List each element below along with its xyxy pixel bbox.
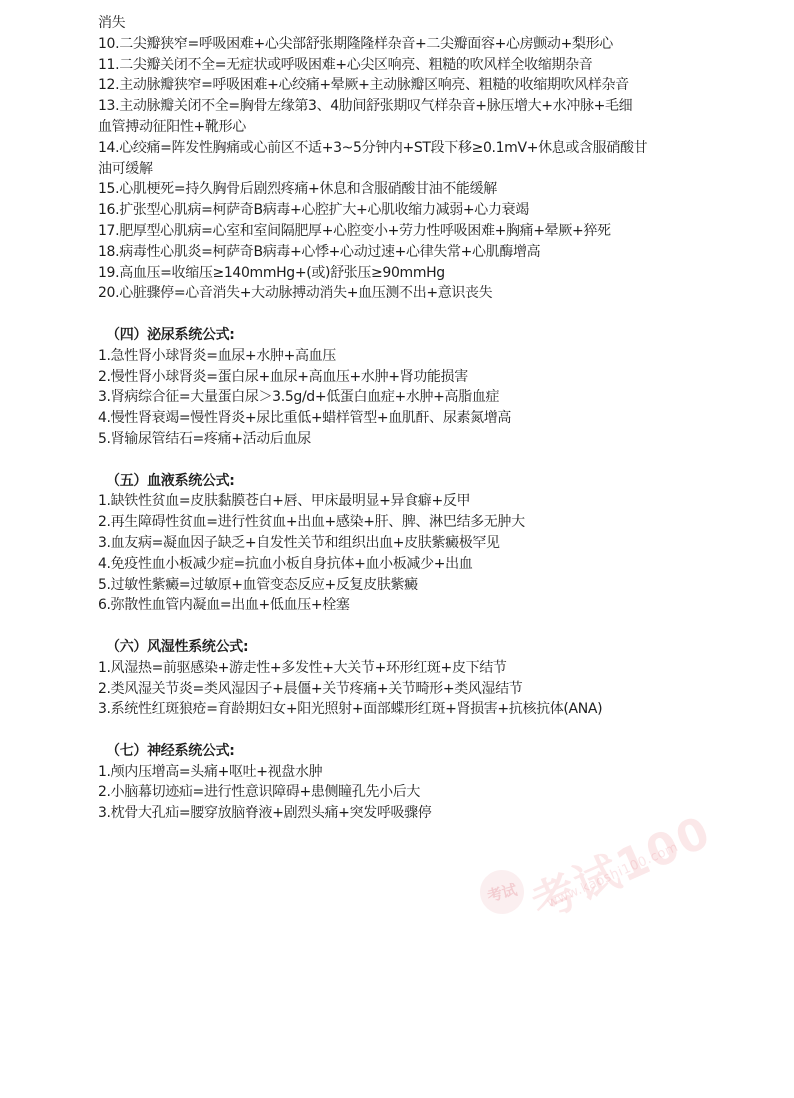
list-item: 2.小脑幕切迹疝=进行性意识障碍+患侧瞳孔先小后大 xyxy=(98,782,718,803)
list-item: 3.肾病综合征=大量蛋白尿＞3.5g/d+低蛋白血症+水肿+高脂血症 xyxy=(98,387,718,408)
list-item: 16.扩张型心肌病=柯萨奇B病毒+心腔扩大+心肌收缩力减弱+心力衰竭 xyxy=(98,200,718,221)
watermark-url: www.kaoshi100.com xyxy=(545,840,681,911)
section-nervous: （七）神经系统公式: 1.颅内压增高=头痛+呕吐+视盘水肿 2.小脑幕切迹疝=进… xyxy=(98,741,718,824)
list-item: 1.急性肾小球肾炎=血尿+水肿+高血压 xyxy=(98,346,718,367)
cardio-formula-list: 10.二尖瓣狭窄=呼吸困难+心尖部舒张期隆隆样杂音+二尖瓣面容+心房颤动+梨形心… xyxy=(98,34,718,304)
section-blood: （五）血液系统公式: 1.缺铁性贫血=皮肤黏膜苍白+唇、甲床最明显+异食癖+反甲… xyxy=(98,471,718,617)
list-item: 1.缺铁性贫血=皮肤黏膜苍白+唇、甲床最明显+异食癖+反甲 xyxy=(98,491,718,512)
list-item-continuation: 油可缓解 xyxy=(98,159,718,180)
list-item: 18.病毒性心肌炎=柯萨奇B病毒+心悸+心动过速+心律失常+心肌酶增高 xyxy=(98,242,718,263)
list-item: 5.过敏性紫癜=过敏原+血管变态反应+反复皮肤紫癜 xyxy=(98,575,718,596)
section-heading: （七）神经系统公式: xyxy=(98,741,718,762)
list-item: 1.颅内压增高=头痛+呕吐+视盘水肿 xyxy=(98,762,718,783)
list-item: 2.慢性肾小球肾炎=蛋白尿+血尿+高血压+水肿+肾功能损害 xyxy=(98,367,718,388)
document-page: 消失 10.二尖瓣狭窄=呼吸困难+心尖部舒张期隆隆样杂音+二尖瓣面容+心房颤动+… xyxy=(98,13,718,824)
list-item: 3.血友病=凝血因子缺乏+自发性关节和组织出血+皮肤紫癜极罕见 xyxy=(98,533,718,554)
section-heading: （四）泌尿系统公式: xyxy=(98,325,718,346)
list-item: 2.再生障碍性贫血=进行性贫血+出血+感染+肝、脾、淋巴结多无肿大 xyxy=(98,512,718,533)
section-urinary: （四）泌尿系统公式: 1.急性肾小球肾炎=血尿+水肿+高血压 2.慢性肾小球肾炎… xyxy=(98,325,718,450)
list-item: 4.慢性肾衰竭=慢性肾炎+尿比重低+蜡样管型+血肌酐、尿素氮增高 xyxy=(98,408,718,429)
list-item: 15.心肌梗死=持久胸骨后剧烈疼痛+休息和含服硝酸甘油不能缓解 xyxy=(98,179,718,200)
section-heading: （六）风湿性系统公式: xyxy=(98,637,718,658)
list-item: 17.肥厚型心肌病=心室和室间隔肥厚+心腔变小+劳力性呼吸困难+胸痛+晕厥+猝死 xyxy=(98,221,718,242)
section-rheumatic: （六）风湿性系统公式: 1.风湿热=前驱感染+游走性+多发性+大关节+环形红斑+… xyxy=(98,637,718,720)
list-item: 1.风湿热=前驱感染+游走性+多发性+大关节+环形红斑+皮下结节 xyxy=(98,658,718,679)
list-item: 20.心脏骤停=心音消失+大动脉搏动消失+血压测不出+意识丧失 xyxy=(98,283,718,304)
list-item-continuation: 血管搏动征阳性+靴形心 xyxy=(98,117,718,138)
list-item: 6.弥散性血管内凝血=出血+低血压+栓塞 xyxy=(98,595,718,616)
list-item: 12.主动脉瓣狭窄=呼吸困难+心绞痛+晕厥+主动脉瓣区响亮、粗糙的收缩期吹风样杂… xyxy=(98,75,718,96)
continuation-line: 消失 xyxy=(98,13,718,34)
list-item: 11.二尖瓣关闭不全=无症状或呼吸困难+心尖区响亮、粗糙的吹风样全收缩期杂音 xyxy=(98,55,718,76)
list-item: 19.高血压=收缩压≥140mmHg+(或)舒张压≥90mmHg xyxy=(98,263,718,284)
watermark-logo-icon: 考试 xyxy=(475,865,528,918)
list-item: 3.枕骨大孔疝=腰穿放脑脊液+剧烈头痛+突发呼吸骤停 xyxy=(98,803,718,824)
list-item: 4.免疫性血小板减少症=抗血小板自身抗体+血小板减少+出血 xyxy=(98,554,718,575)
list-item: 2.类风湿关节炎=类风湿因子+晨僵+关节疼痛+关节畸形+类风湿结节 xyxy=(98,679,718,700)
list-item: 13.主动脉瓣关闭不全=胸骨左缘第3、4肋间舒张期叹气样杂音+脉压增大+水冲脉+… xyxy=(98,96,718,117)
list-item: 5.肾输尿管结石=疼痛+活动后血尿 xyxy=(98,429,718,450)
section-heading: （五）血液系统公式: xyxy=(98,471,718,492)
list-item: 10.二尖瓣狭窄=呼吸困难+心尖部舒张期隆隆样杂音+二尖瓣面容+心房颤动+梨形心 xyxy=(98,34,718,55)
list-item: 3.系统性红斑狼疮=育龄期妇女+阳光照射+面部蝶形红斑+肾损害+抗核抗体(ANA… xyxy=(98,699,718,720)
list-item: 14.心绞痛=阵发性胸痛或心前区不适+3~5分钟内+ST段下移≥0.1mV+休息… xyxy=(98,138,718,159)
